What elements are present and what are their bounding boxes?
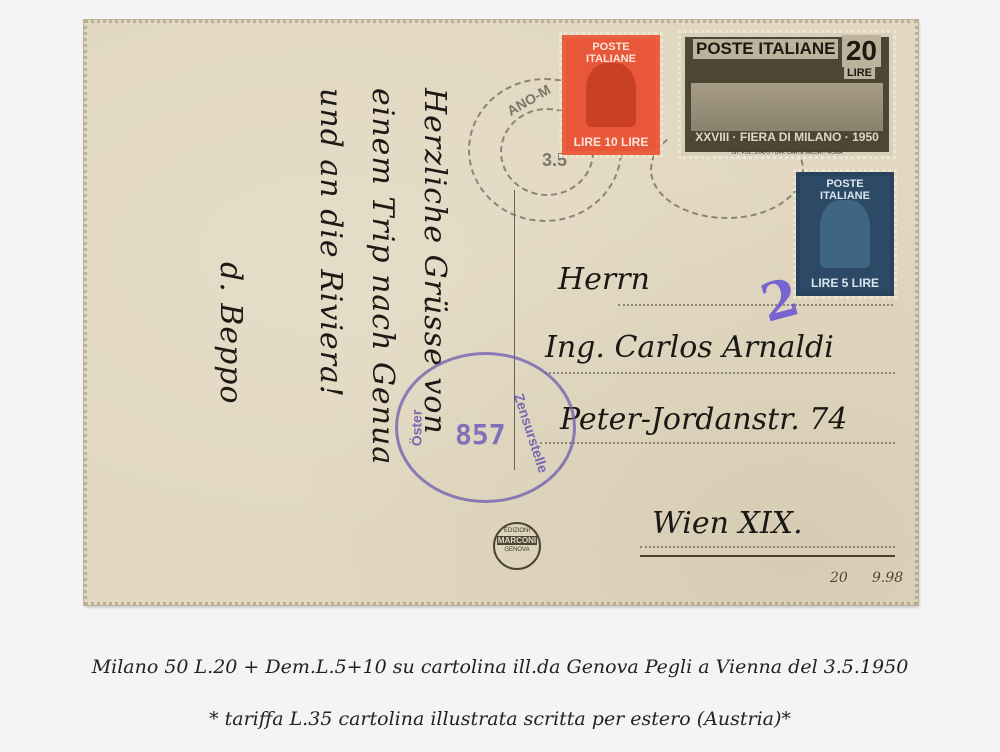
message-signature: d. Beppo: [213, 262, 248, 405]
pencil-note: 9.98: [872, 570, 903, 586]
message-line: einem Trip nach Genua: [365, 88, 400, 465]
address-line: [540, 442, 895, 444]
stamp-country: POSTE ITALIANE: [800, 178, 890, 202]
message-line: und an die Riviera!: [313, 88, 348, 398]
censor-left-text: Öster: [408, 410, 424, 447]
publisher-logo: EDIZIONI MARCONI GENOVA: [493, 522, 541, 570]
stamp-imprint: IST. POL. STATO - OFF. CARTE VALORI - RO…: [685, 150, 889, 156]
address-line: [640, 546, 895, 548]
address-salutation: Herrn: [558, 262, 650, 297]
address-line: [618, 304, 893, 306]
stamp-5-lire: POSTE ITALIANE LIRE 5 LIRE: [796, 172, 894, 296]
publisher-top: EDIZIONI: [495, 528, 539, 534]
stamp-caption: XXVIII · FIERA DI MILANO · 1950: [685, 130, 889, 144]
stamp-value: LIRE 5 LIRE: [800, 276, 890, 290]
address-line: [545, 372, 895, 374]
pencil-note: 20: [830, 570, 848, 586]
stamp-unit: LIRE: [844, 67, 875, 79]
caption-line-1: Milano 50 L.20 + Dem.L.5+10 su cartolina…: [0, 656, 1000, 678]
publisher-name: MARCONI: [497, 536, 537, 545]
stamp-value: 20: [842, 35, 881, 67]
stamp-country: POSTE ITALIANE: [693, 39, 838, 59]
publisher-city: GENOVA: [495, 547, 539, 553]
stamp-country: POSTE ITALIANE: [566, 41, 656, 65]
address-street: Peter-Jordanstr. 74: [560, 402, 847, 437]
stamp-figure: [586, 63, 636, 127]
stamp-figure: [820, 200, 870, 268]
address-name: Ing. Carlos Arnaldi: [545, 330, 834, 365]
stamp-20-lire-fiera: POSTE ITALIANE 20 LIRE XXVIII · FIERA DI…: [681, 33, 893, 156]
censor-number: 857: [455, 418, 506, 451]
address-underline: [640, 555, 895, 557]
stamp-illustration: [691, 83, 883, 131]
stamp-value: LIRE 10 LIRE: [566, 135, 656, 149]
caption-line-2: * tariffa L.35 cartolina illustrata scri…: [0, 708, 1000, 730]
address-city: Wien XIX.: [652, 506, 803, 541]
stamp-10-lire: POSTE ITALIANE LIRE 10 LIRE: [562, 35, 660, 155]
